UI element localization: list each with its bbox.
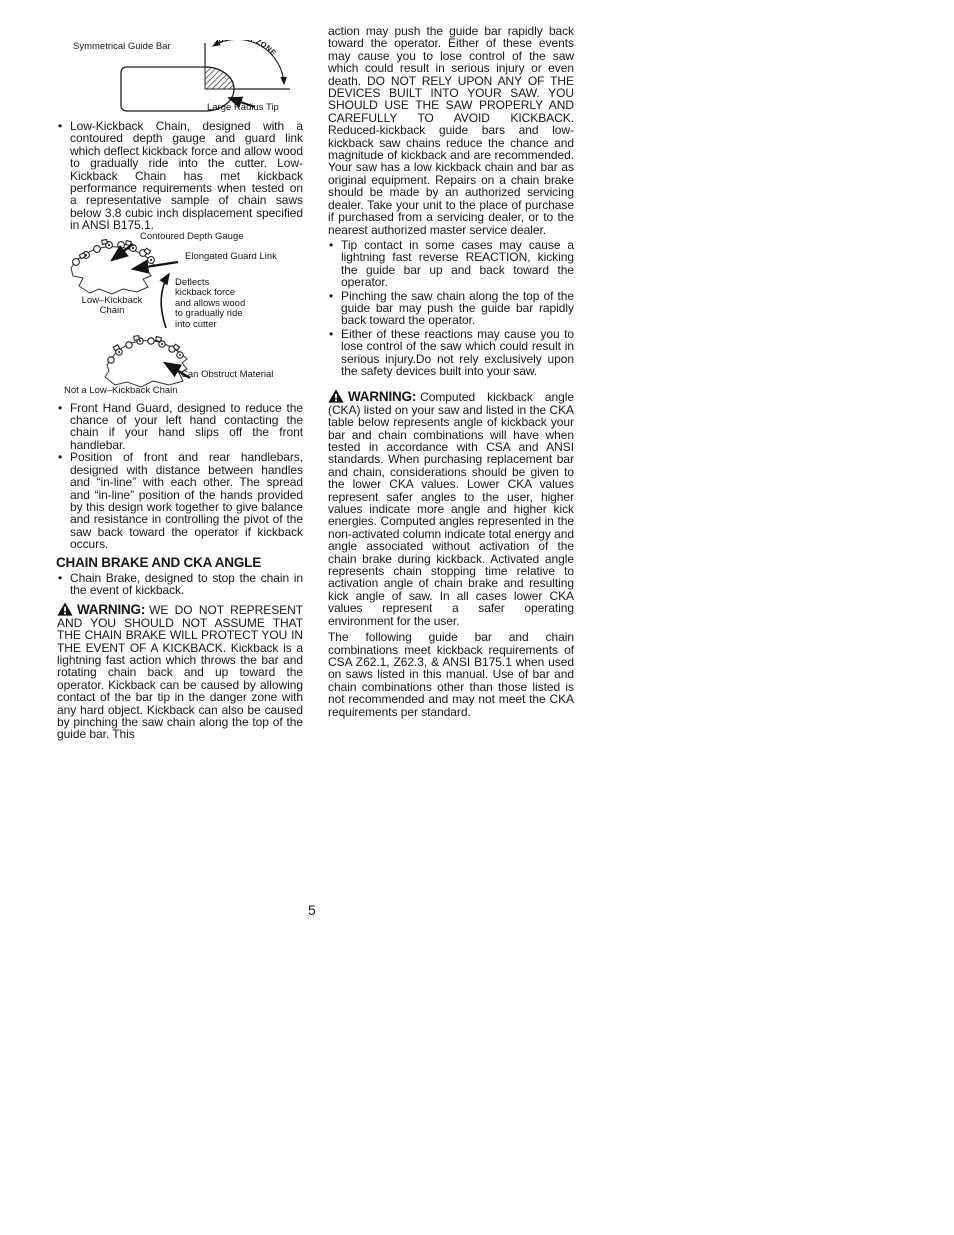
combinations-paragraph: The following guide bar and chain combin… (328, 631, 574, 718)
large-radius-tip-label: Large Radius Tip (207, 103, 279, 114)
not-low-kickback-chain-caption: Not a Low–Kickback Chain (64, 386, 178, 397)
not-low-kickback-chain-diagram: Can Obstruct Material Not a Low–Kickback… (57, 334, 303, 398)
warning-icon (57, 602, 73, 616)
low-kickback-chain-diagram: Contoured Depth Gauge (57, 232, 303, 334)
svg-text:DANGER ZONE: DANGER ZONE (217, 40, 278, 58)
elongated-guard-link-label: Elongated Guard Link (185, 252, 277, 263)
right-column: action may push the guide bar rapidly ba… (328, 25, 574, 718)
pinching-bullet: Pinching the saw chain along the top of … (328, 290, 574, 327)
chain-brake-heading: CHAIN BRAKE AND CKA ANGLE (56, 556, 303, 570)
cka-warning: WARNING: Computed kickback angle (CKA) l… (328, 389, 574, 627)
warning-text: WE DO NOT REPRESENT AND YOU SHOULD NOT A… (57, 603, 303, 741)
low-kickback-chain-bullet: Low-Kickback Chain, designed with a cont… (57, 120, 303, 232)
guide-bar-diagram: Symmetrical Guide Bar DANGER ZONE Large … (57, 40, 303, 118)
chain-brake-bullet: Chain Brake, designed to stop the chain … (57, 572, 303, 597)
left-column: Symmetrical Guide Bar DANGER ZONE Large … (57, 30, 303, 741)
front-hand-guard-bullet: Front Hand Guard, designed to reduce the… (57, 402, 303, 452)
page-number: 5 (308, 902, 316, 918)
warning-icon (328, 389, 344, 403)
chain-brake-warning: WARNING: WE DO NOT REPRESENT AND YOU SHO… (57, 602, 303, 740)
kickback-continuation-paragraph: action may push the guide bar rapidly ba… (328, 25, 574, 236)
danger-zone-label: DANGER ZONE (217, 40, 278, 58)
reactions-bullet: Either of these reactions may cause you … (328, 328, 574, 378)
manual-page: Symmetrical Guide Bar DANGER ZONE Large … (0, 0, 954, 1235)
low-kickback-chain-caption: Low–Kickback Chain (67, 296, 157, 317)
warning-text: Computed kickback angle (CKA) listed on … (328, 390, 574, 627)
tip-contact-bullet: Tip contact in some cases may cause a li… (328, 239, 574, 289)
can-obstruct-material-label: Can Obstruct Material (181, 370, 273, 381)
handlebars-bullet: Position of front and rear handlebars, d… (57, 451, 303, 550)
deflects-kickback-label: Deflects kickback force and allows wood … (175, 278, 245, 331)
